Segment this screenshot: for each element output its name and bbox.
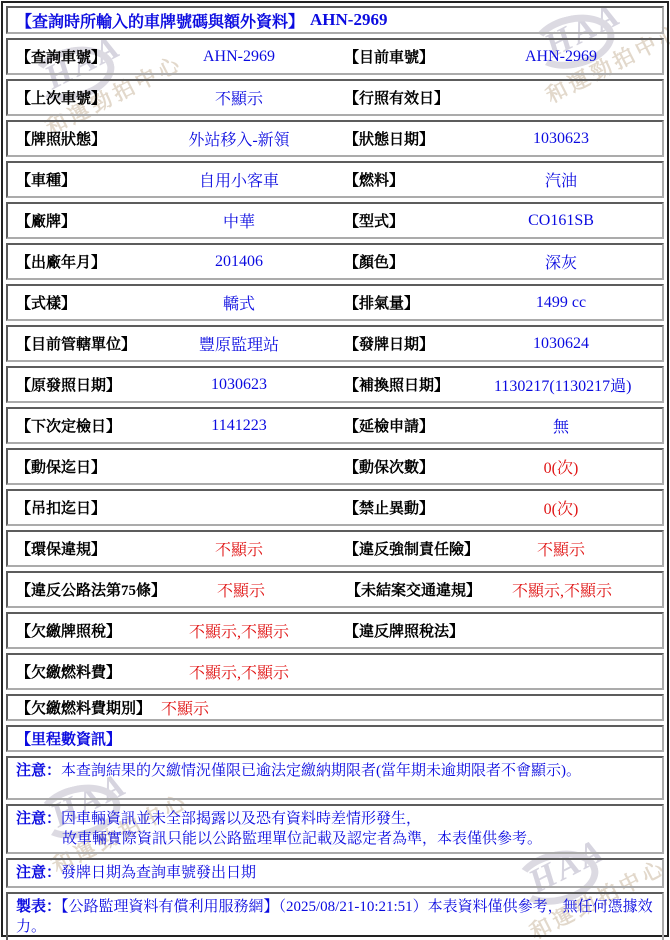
field-value: 不顯示,不顯示: [164, 619, 314, 642]
field-value: 0(次): [494, 496, 654, 519]
field-label: 【上次車號】: [16, 87, 164, 108]
field-label: 【延檢申請】: [344, 415, 494, 436]
row-original-issue-date: 【原發照日期】 1030623 【補換照日期】 1130217(1130217過…: [6, 366, 664, 403]
footer-label: 製表：: [16, 899, 61, 915]
field-label: 【出廠年月】: [16, 251, 164, 272]
row-chattel-mortgage: 【動保迄日】 【動保次數】 0(次): [6, 448, 664, 485]
note-text: 因車輛資訊並未全部揭露以及恐有資料時差情形發生，: [61, 811, 421, 827]
field-value: 201406: [164, 253, 314, 271]
row-query-plate: 【查詢車號】 AHN-2969 【目前車號】 AHN-2969: [6, 38, 664, 75]
footer-source: 製表：【公路監理資料有償利用服務網】（2025/08/21-10:21:51）本…: [6, 892, 664, 940]
note-text: 發牌日期為查詢車號發出日期: [61, 865, 256, 881]
row-suspension: 【吊扣迄日】 【禁止異動】 0(次): [6, 489, 664, 526]
field-value: 1030623: [164, 376, 314, 394]
field-label: 【顏色】: [344, 251, 494, 272]
field-value: 不顯示: [166, 578, 316, 601]
note-text-line2: 故車輛實際資訊只能以公路監理單位記載及認定者為準，本表僅供參考。: [16, 829, 654, 849]
note-arrears-scope: 注意：本查詢結果的欠繳情況僅限已逾法定繳納期限者(當年期未逾期限者不會顯示)。: [6, 756, 664, 800]
field-value: CO161SB: [494, 212, 654, 230]
field-label: 【原發照日期】: [16, 374, 164, 395]
row-jurisdiction: 【目前管轄單位】 豐原監理站 【發牌日期】 1030624: [6, 325, 664, 362]
row-highway-act-75: 【違反公路法第75條】 不顯示 【未結案交通違規】 不顯示,不顯示: [6, 571, 664, 608]
row-next-inspection: 【下次定檢日】 1141223 【延檢申請】 無: [6, 407, 664, 444]
vehicle-report-table: 【查詢時所輸入的車牌號碼與額外資料】 AHN-2969 【查詢車號】 AHN-2…: [1, 1, 669, 937]
field-label: 【違反強制責任險】: [344, 538, 494, 559]
field-label: 【違反公路法第75條】: [16, 579, 166, 600]
field-value: 1499 cc: [494, 294, 654, 312]
field-value: 自用小客車: [164, 168, 314, 191]
footer-text: 【公路監理資料有償利用服務網】（2025/08/21-10:21:51）本表資料…: [16, 899, 653, 935]
field-label: 【燃料】: [344, 169, 494, 190]
field-label: 【動保迄日】: [16, 456, 164, 477]
field-label: 【目前管轄單位】: [16, 333, 164, 354]
note-data-disclaimer: 注意：因車輛資訊並未全部揭露以及恐有資料時差情形發生， 故車輛實際資訊只能以公路…: [6, 804, 664, 854]
field-label: 【未結案交通違規】: [346, 579, 496, 600]
field-label: 【式樣】: [16, 292, 164, 313]
field-value: 不顯示,不顯示: [164, 660, 314, 683]
field-label: 【狀態日期】: [344, 128, 494, 149]
mileage-section-header: 【里程數資訊】: [16, 728, 121, 749]
field-value: 1141223: [164, 417, 314, 435]
field-value: 不顯示: [161, 696, 654, 719]
report-title-row: 【查詢時所輸入的車牌號碼與額外資料】 AHN-2969: [6, 6, 664, 34]
row-body-style: 【式樣】 轎式 【排氣量】 1499 cc: [6, 284, 664, 321]
note-label: 注意：: [16, 865, 61, 881]
field-label: 【牌照狀態】: [16, 128, 164, 149]
field-label: 【排氣量】: [344, 292, 494, 313]
field-value: 豐原監理站: [164, 332, 314, 355]
note-text: 本查詢結果的欠繳情況僅限已逾法定繳納期限者(當年期未逾期限者不會顯示)。: [61, 763, 581, 779]
row-brand: 【廠牌】 中華 【型式】 CO161SB: [6, 202, 664, 239]
field-label: 【查詢車號】: [16, 46, 164, 67]
field-label: 【環保違規】: [16, 538, 164, 559]
field-label: 【車種】: [16, 169, 164, 190]
field-value: AHN-2969: [494, 48, 654, 66]
field-label: 【目前車號】: [344, 46, 494, 67]
row-previous-plate: 【上次車號】 不顯示 【行照有效日】: [6, 79, 664, 116]
row-fuel-fee-periods: 【欠繳燃料費期別】 不顯示: [6, 694, 664, 721]
field-label: 【欠繳燃料費】: [16, 661, 164, 682]
row-license-tax-arrears: 【欠繳牌照稅】 不顯示,不顯示 【違反牌照稅法】: [6, 612, 664, 649]
field-value: 1030624: [494, 335, 654, 353]
field-value: 1130217(1130217過): [494, 373, 657, 396]
row-vehicle-type: 【車種】 自用小客車 【燃料】 汽油: [6, 161, 664, 198]
field-label: 【發牌日期】: [344, 333, 494, 354]
note-label: 注意：: [16, 811, 61, 827]
field-label: 【廠牌】: [16, 210, 164, 231]
field-value: 深灰: [494, 250, 654, 273]
row-license-status: 【牌照狀態】 外站移入-新領 【狀態日期】 1030623: [6, 120, 664, 157]
field-label: 【行照有效日】: [344, 87, 494, 108]
field-value: 中華: [164, 209, 314, 232]
field-value: AHN-2969: [164, 48, 314, 66]
field-value: 轎式: [164, 291, 314, 314]
field-label: 【欠繳牌照稅】: [16, 620, 164, 641]
field-value: 不顯示: [164, 86, 314, 109]
field-label: 【型式】: [344, 210, 494, 231]
field-value: 不顯示: [164, 537, 314, 560]
row-mileage-section: 【里程數資訊】: [6, 725, 664, 752]
note-issue-date: 注意：發牌日期為查詢車號發出日期: [6, 858, 664, 888]
row-env-violation: 【環保違規】 不顯示 【違反強制責任險】 不顯示: [6, 530, 664, 567]
field-value: 0(次): [494, 455, 654, 478]
report-title-label: 【查詢時所輸入的車牌號碼與額外資料】: [16, 9, 304, 32]
field-label: 【禁止異動】: [344, 497, 494, 518]
field-label: 【下次定檢日】: [16, 415, 164, 436]
note-label: 注意：: [16, 763, 61, 779]
field-value: 外站移入-新領: [164, 127, 314, 150]
field-value: 不顯示: [494, 537, 654, 560]
field-value: 汽油: [494, 168, 654, 191]
field-value: 無: [494, 414, 654, 437]
field-value: 不顯示,不顯示: [496, 578, 654, 601]
field-label: 【補換照日期】: [344, 374, 494, 395]
field-label: 【吊扣迄日】: [16, 497, 164, 518]
field-label: 【動保次數】: [344, 456, 494, 477]
row-fuel-fee-arrears: 【欠繳燃料費】 不顯示,不顯示: [6, 653, 664, 690]
field-label: 【違反牌照稅法】: [344, 620, 494, 641]
queried-plate-number: AHN-2969: [310, 10, 387, 30]
field-label: 【欠繳燃料費期別】: [16, 697, 151, 718]
field-value: 1030623: [494, 130, 654, 148]
row-manufacture-date: 【出廠年月】 201406 【顏色】 深灰: [6, 243, 664, 280]
